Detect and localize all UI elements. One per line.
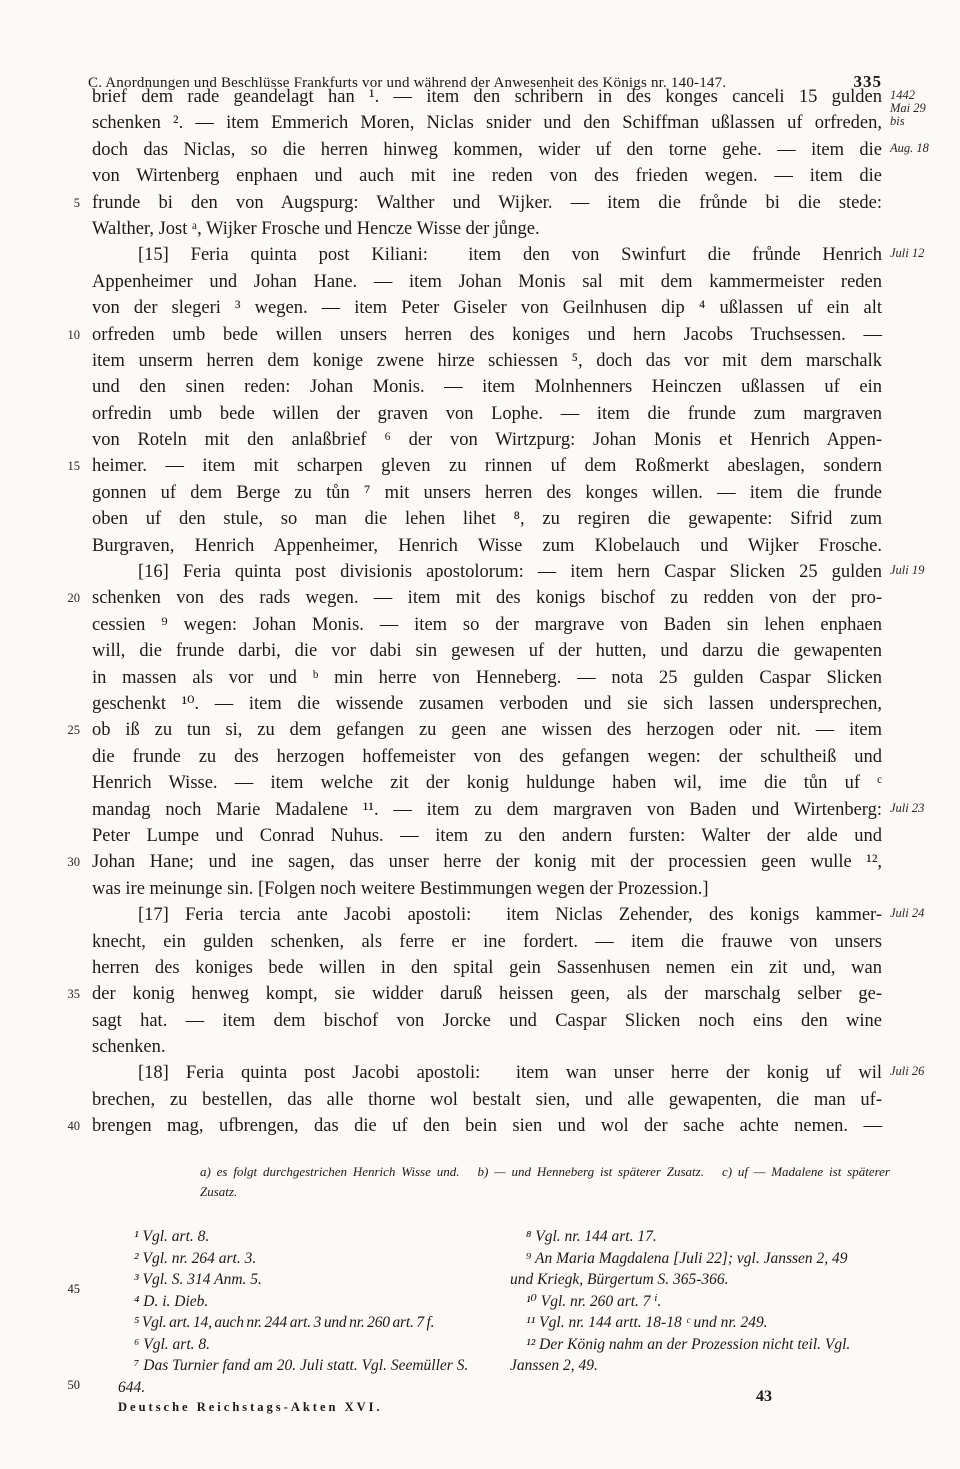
line-text: [16] Feria quinta post divisionis aposto…	[92, 559, 882, 585]
text-line: von Roteln mit den anlaßbrief ⁶ der von …	[56, 427, 960, 453]
line-text: cessien ⁹ wegen: Johan Monis. — item so …	[92, 612, 882, 638]
footnote: ¹⁰ Vgl. nr. 260 art. 7 ⁱ.	[510, 1291, 872, 1313]
margin-date	[882, 744, 960, 770]
footnote: ⁶ Vgl. art. 8.	[118, 1334, 490, 1356]
footnotes-left-column: ¹ Vgl. art. 8. ² Vgl. nr. 264 art. 3. ³ …	[118, 1226, 490, 1398]
footnote: ³ Vgl. S. 314 Anm. 5.	[118, 1269, 490, 1291]
line-number	[56, 163, 80, 189]
line-number	[56, 1060, 80, 1086]
text-line: orfredin umb bede willen der graven von …	[56, 401, 960, 427]
footnote: ⁸ Vgl. nr. 144 art. 17.	[510, 1226, 872, 1248]
text-line: item unserm herren dem konige zwene hirz…	[56, 348, 960, 374]
text-line: 40brengen mag, ufbrengen, das die uf den…	[56, 1113, 960, 1139]
margin-date: Juli 26	[882, 1060, 960, 1086]
text-line: herren des koniges bede willen in den sp…	[56, 955, 960, 981]
footnote: ⁷ Das Turnier fand am 20. Juli statt. Vg…	[118, 1355, 490, 1398]
text-line: gonnen uf dem Berge zu tůn ⁷ mit unsers …	[56, 480, 960, 506]
line-number	[56, 533, 80, 559]
text-line: schenken.	[56, 1034, 960, 1060]
margin-date	[882, 665, 960, 691]
line-text: ob iß zu tun si, zu dem gefangen zu geen…	[92, 717, 882, 743]
text-line: 25ob iß zu tun si, zu dem gefangen zu ge…	[56, 717, 960, 743]
margin-date	[882, 269, 960, 295]
line-text: was ire meinunge sin. [Folgen noch weite…	[92, 876, 882, 902]
margin-date	[882, 453, 960, 479]
line-text: brief dem rade geandelagt han ¹. — item …	[92, 84, 882, 110]
line-number: 15	[56, 453, 80, 479]
line-number: 35	[56, 981, 80, 1007]
apparatus-note-b: b) — und Henneberg ist späterer Zusatz.	[477, 1164, 704, 1179]
text-line: [16] Feria quinta post divisionis aposto…	[56, 559, 960, 585]
text-line: [17] Feria tercia ante Jacobi apostoli: …	[56, 902, 960, 928]
line-text: Appenheimer und Johan Hane. — item Johan…	[92, 269, 882, 295]
line-text: schenken ². — item Emmerich Moren, Nicla…	[92, 110, 882, 136]
text-line: 20schenken von des rads wegen. — item mi…	[56, 585, 960, 611]
text-line: die frunde zu des herzogen hoffemeister …	[56, 744, 960, 770]
line-text: brechen, zu bestellen, das alle thorne w…	[92, 1087, 882, 1113]
line-number	[56, 691, 80, 717]
text-line: [18] Feria quinta post Jacobi apostoli: …	[56, 1060, 960, 1086]
line-number	[56, 269, 80, 295]
line-number	[56, 955, 80, 981]
text-line: 15heimer. — item mit scharpen gleven zu …	[56, 453, 960, 479]
text-line: [15] Feria quinta post Kiliani: item den…	[56, 242, 960, 268]
line-text: mandag noch Marie Madalene ¹¹. — item zu…	[92, 797, 882, 823]
line-number	[56, 348, 80, 374]
text-line: brechen, zu bestellen, das alle thorne w…	[56, 1087, 960, 1113]
line-number	[56, 137, 80, 163]
margin-date	[882, 612, 960, 638]
line-number	[56, 823, 80, 849]
line-number	[56, 401, 80, 427]
margin-date	[882, 427, 960, 453]
margin-date	[882, 480, 960, 506]
text-line: brief dem rade geandelagt han ¹. — item …	[56, 84, 960, 110]
margin-date: Juli 23	[882, 797, 960, 823]
margin-date	[882, 638, 960, 664]
footnote: ⁹ An Maria Magdalena [Juli 22]; vgl. Jan…	[510, 1248, 872, 1291]
margin-date	[882, 876, 960, 902]
line-text: knecht, ein gulden schenken, als ferre e…	[92, 929, 882, 955]
line-text: Peter Lumpe und Conrad Nuhus. — item zu …	[92, 823, 882, 849]
margin-date	[882, 717, 960, 743]
text-line: 30Johan Hane; und ine sagen, das unser h…	[56, 849, 960, 875]
line-number-45: 45	[56, 1282, 80, 1297]
line-text: frunde bi den von Augspurg: Walther und …	[92, 190, 882, 216]
margin-date	[882, 770, 960, 796]
line-text: [15] Feria quinta post Kiliani: item den…	[92, 242, 882, 268]
line-text: und den sinen reden: Johan Monis. — item…	[92, 374, 882, 400]
text-line: sagt hat. — item dem bischof von Jorcke …	[56, 1008, 960, 1034]
line-number	[56, 374, 80, 400]
line-number	[56, 744, 80, 770]
margin-date: Juli 12	[882, 242, 960, 268]
line-text: [18] Feria quinta post Jacobi apostoli: …	[92, 1060, 882, 1086]
margin-date	[882, 533, 960, 559]
line-text: Henrich Wisse. — item welche zit der kon…	[92, 770, 882, 796]
line-number	[56, 1087, 80, 1113]
line-text: orfredin umb bede willen der graven von …	[92, 401, 882, 427]
line-number	[56, 902, 80, 928]
line-number: 10	[56, 322, 80, 348]
margin-date	[882, 216, 960, 242]
margin-date	[882, 506, 960, 532]
text-line: Henrich Wisse. — item welche zit der kon…	[56, 770, 960, 796]
line-number	[56, 638, 80, 664]
margin-date	[882, 163, 960, 189]
line-number: 25	[56, 717, 80, 743]
line-number: 20	[56, 585, 80, 611]
text-line: Walther, Jost ᵃ, Wijker Frosche und Henc…	[56, 216, 960, 242]
text-line: 35der konig henweg kompt, sie widder dar…	[56, 981, 960, 1007]
main-text-block: brief dem rade geandelagt han ¹. — item …	[56, 84, 960, 1140]
line-number: 40	[56, 1113, 80, 1139]
text-line: von der slegeri ³ wegen. — item Peter Gi…	[56, 295, 960, 321]
text-line: 5frunde bi den von Augspurg: Walther und…	[56, 190, 960, 216]
margin-date	[882, 823, 960, 849]
text-line: doch das Niclas, so die herren hinweg ko…	[56, 137, 960, 163]
text-line: will, die frunde darbi, die vor dabi sin…	[56, 638, 960, 664]
line-number: 30	[56, 849, 80, 875]
line-number-50: 50	[56, 1378, 80, 1393]
footnotes-right-column: ⁸ Vgl. nr. 144 art. 17. ⁹ An Maria Magda…	[510, 1226, 872, 1377]
line-number	[56, 559, 80, 585]
line-text: gonnen uf dem Berge zu tůn ⁷ mit unsers …	[92, 480, 882, 506]
line-number	[56, 480, 80, 506]
line-number	[56, 770, 80, 796]
text-line: und den sinen reden: Johan Monis. — item…	[56, 374, 960, 400]
margin-date	[882, 1113, 960, 1139]
text-line: in massen als vor und ᵇ min herre von He…	[56, 665, 960, 691]
line-number	[56, 1034, 80, 1060]
sheet-signature-number: 43	[756, 1388, 772, 1406]
line-number	[56, 427, 80, 453]
margin-date	[882, 401, 960, 427]
line-text: orfreden umb bede willen unsers herren d…	[92, 322, 882, 348]
text-line: schenken ². — item Emmerich Moren, Nicla…	[56, 110, 960, 136]
margin-date: 1442 Mai 29	[882, 84, 960, 110]
margin-date	[882, 295, 960, 321]
line-number	[56, 242, 80, 268]
footnote: ⁵ Vgl. art. 14, auch nr. 244 art. 3 und …	[118, 1312, 490, 1334]
line-number	[56, 110, 80, 136]
footnote: ¹² Der König nahm an der Prozession nich…	[510, 1334, 872, 1377]
line-text: oben uf den stule, so man die lehen lihe…	[92, 506, 882, 532]
line-number	[56, 797, 80, 823]
line-text: von der slegeri ³ wegen. — item Peter Gi…	[92, 295, 882, 321]
line-text: Johan Hane; und ine sagen, das unser her…	[92, 849, 882, 875]
margin-date	[882, 1087, 960, 1113]
line-text: doch das Niclas, so die herren hinweg ko…	[92, 137, 882, 163]
text-line: was ire meinunge sin. [Folgen noch weite…	[56, 876, 960, 902]
margin-date	[882, 955, 960, 981]
line-number	[56, 929, 80, 955]
text-line: Burgraven, Henrich Appenheimer, Henrich …	[56, 533, 960, 559]
margin-date	[882, 374, 960, 400]
margin-date	[882, 929, 960, 955]
margin-date: Juli 24	[882, 902, 960, 928]
line-text: Walther, Jost ᵃ, Wijker Frosche und Henc…	[92, 216, 882, 242]
line-text: von Wirtenberg enphaen und auch mit ine …	[92, 163, 882, 189]
text-line: geschenkt ¹⁰. — item die wissende zusame…	[56, 691, 960, 717]
line-text: Burgraven, Henrich Appenheimer, Henrich …	[92, 533, 882, 559]
line-text: brengen mag, ufbrengen, das die uf den b…	[92, 1113, 882, 1139]
line-number	[56, 876, 80, 902]
line-number: 5	[56, 190, 80, 216]
footnote: ¹ Vgl. art. 8.	[118, 1226, 490, 1248]
line-number	[56, 665, 80, 691]
footnote: ⁴ D. i. Dieb.	[118, 1291, 490, 1313]
line-number	[56, 1008, 80, 1034]
line-number	[56, 84, 80, 110]
line-number	[56, 216, 80, 242]
text-line: von Wirtenberg enphaen und auch mit ine …	[56, 163, 960, 189]
line-text: herren des koniges bede willen in den sp…	[92, 955, 882, 981]
margin-date	[882, 691, 960, 717]
line-number	[56, 506, 80, 532]
line-number	[56, 295, 80, 321]
line-text: will, die frunde darbi, die vor dabi sin…	[92, 638, 882, 664]
line-number	[56, 612, 80, 638]
text-line: Appenheimer und Johan Hane. — item Johan…	[56, 269, 960, 295]
text-line: knecht, ein gulden schenken, als ferre e…	[56, 929, 960, 955]
margin-date: Aug. 18	[882, 137, 960, 163]
margin-date	[882, 585, 960, 611]
footnote: ² Vgl. nr. 264 art. 3.	[118, 1248, 490, 1270]
margin-date	[882, 1008, 960, 1034]
line-text: der konig henweg kompt, sie widder daruß…	[92, 981, 882, 1007]
text-line: mandag noch Marie Madalene ¹¹. — item zu…	[56, 797, 960, 823]
line-text: in massen als vor und ᵇ min herre von He…	[92, 665, 882, 691]
text-line: oben uf den stule, so man die lehen lihe…	[56, 506, 960, 532]
line-text: sagt hat. — item dem bischof von Jorcke …	[92, 1008, 882, 1034]
text-line: cessien ⁹ wegen: Johan Monis. — item so …	[56, 612, 960, 638]
line-text: heimer. — item mit scharpen gleven zu ri…	[92, 453, 882, 479]
margin-date	[882, 981, 960, 1007]
margin-date	[882, 849, 960, 875]
margin-date: bis	[882, 110, 960, 136]
margin-date	[882, 348, 960, 374]
line-text: item unserm herren dem konige zwene hirz…	[92, 348, 882, 374]
apparatus-note-a: a) es folgt durchgestrichen Henrich Wiss…	[200, 1164, 459, 1179]
series-title: Deutsche Reichstags-Akten XVI.	[118, 1400, 383, 1415]
line-text: die frunde zu des herzogen hoffemeister …	[92, 744, 882, 770]
critical-apparatus: a) es folgt durchgestrichen Henrich Wiss…	[200, 1162, 890, 1202]
line-text: schenken.	[92, 1034, 882, 1060]
line-text: [17] Feria tercia ante Jacobi apostoli: …	[92, 902, 882, 928]
text-line: Peter Lumpe und Conrad Nuhus. — item zu …	[56, 823, 960, 849]
text-line: 10orfreden umb bede willen unsers herren…	[56, 322, 960, 348]
footnote: ¹¹ Vgl. nr. 144 artt. 18-18 ᶜ und nr. 24…	[510, 1312, 872, 1334]
margin-date	[882, 322, 960, 348]
margin-date	[882, 1034, 960, 1060]
line-text: schenken von des rads wegen. — item mit …	[92, 585, 882, 611]
scanned-book-page: C. Anordnungen und Beschlüsse Frankfurts…	[0, 0, 960, 1469]
line-text: von Roteln mit den anlaßbrief ⁶ der von …	[92, 427, 882, 453]
line-text: geschenkt ¹⁰. — item die wissende zusame…	[92, 691, 882, 717]
margin-date	[882, 190, 960, 216]
margin-date: Juli 19	[882, 559, 960, 585]
